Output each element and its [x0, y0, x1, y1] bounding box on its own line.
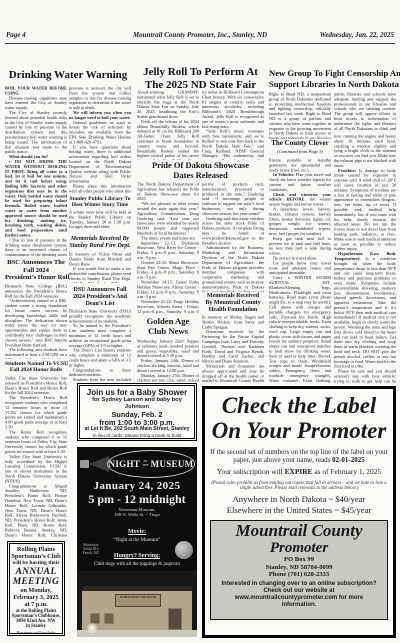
paragraph: If you have questions about boiling wate… — [69, 145, 131, 184]
paragraph: Please be safe and you should seriously … — [334, 369, 396, 384]
headline-county-clover: The County Clover (Continued from Page 3… — [269, 140, 331, 155]
paragraph: “Jelly Roll’s music resonates with fans … — [202, 129, 264, 160]
jelly-roll-col2: try debut in Billboard Consumption Chart… — [202, 90, 264, 160]
expire-line: Your subscription will EXPIRE as of Febr… — [209, 468, 389, 476]
drinking-water-col1: BOIL YOUR WATER BEFORE USING.Disease-cau… — [5, 86, 67, 258]
headline-dsu: DSU Announces Fall2024 President’s AndDe… — [69, 287, 131, 307]
paragraph: The North Dakota Department of Agricultu… — [137, 182, 199, 202]
paragraph: Administered by the Business, Marketing … — [202, 246, 264, 292]
movie-label: Movie: — [128, 529, 146, 535]
paragraph: Frostbite: Is damage to body tissue caus… — [334, 168, 396, 251]
museum-building: NORSEMAN MUSEUM — [82, 586, 192, 630]
mchf-body: In memory of Shirley Dagen and Shirley W… — [202, 315, 264, 384]
promoter-address-box: Mountrail County Promoter PO Box 99 Stan… — [210, 520, 388, 620]
paragraph: November 14-15: Grand Forks Holiday Show… — [137, 280, 199, 300]
paragraph: Students from the area included on Presi… — [69, 378, 131, 382]
paragraph: Disease-causing organisms may have enter… — [5, 96, 67, 111]
museum-sign: NORSEMAN MUSEUM — [115, 594, 161, 607]
paragraph: In memory of Vickie Omar and Dennis Nobl… — [69, 252, 131, 267]
museum-ad-header: NIGHT AT THE MUSEUM — [77, 447, 197, 480]
museum-date: January 24, 2025 — [77, 480, 197, 492]
paragraph: BOIL YOUR WATER BEFORE USING. — [5, 86, 67, 96]
paragraph: September 12-13: Dickinson Showcase, Wes… — [137, 241, 199, 261]
headline-drinking-water: Drinking Water Warning — [5, 69, 131, 81]
paragraph: • Due to loss of pressure in the drinkin… — [5, 238, 67, 258]
headline-line: Host Winter Story Time — [69, 202, 131, 208]
paragraph: In memory of Shirley Dagen and Shirley W… — [202, 315, 264, 330]
continued-note: (Continued from Page 3) — [269, 148, 331, 156]
paragraph: “Achievements earned as a BSC student cr… — [5, 299, 67, 348]
censorship-col2: public libraries and schools have adequa… — [334, 92, 396, 132]
paragraph: Right to Read ND, a nonpartisan group of… — [269, 92, 331, 139]
ad-line: Join us for a Baby Shower — [81, 388, 193, 397]
newspaper-page: Page 4 Mountrail County Promoter, Inc., … — [0, 0, 400, 643]
promoter-name-line: Promoter — [211, 540, 387, 556]
pride-col1: The North Dakota Department of Agricultu… — [137, 182, 199, 316]
hungry-label: Hungry? Serving: — [114, 553, 160, 559]
header-rule — [5, 43, 395, 44]
title-word: NIGHT — [109, 459, 141, 469]
expire-date: 02-01-2025 — [332, 456, 365, 464]
expire-post: as of February 1, 2025 — [314, 467, 381, 476]
paragraph: Goehring said that many retailers across… — [202, 216, 264, 245]
paragraph: Valley City State University is fully ac… — [5, 454, 67, 483]
paragraph: A winter story time will be held at the … — [69, 210, 131, 230]
promoter-name-line: Mountrail County — [211, 522, 387, 540]
headline-pride: Pride Of Dakota Showcase Dates Released — [137, 161, 264, 181]
headline-library: Stanley Public Library ToHost Winter Sto… — [69, 196, 131, 208]
library-body: A winter story time will be held at the … — [69, 210, 131, 232]
paragraph: pressure is restored, the city will flus… — [69, 86, 131, 110]
vcsu-body: Valley City State University has release… — [5, 376, 67, 537]
expire-word: EXPIRE — [285, 467, 313, 476]
paragraph: October 24-25: Minot Showcase, State Fai… — [137, 260, 199, 280]
paragraph: Check and winterize your vehicle BEFORE … — [269, 192, 331, 207]
paragraph: Please share this information with all o… — [69, 184, 131, 195]
bsc-body: Bismarck State College (BSC) announces t… — [5, 284, 67, 359]
paragraph: The following area students have maintai… — [5, 348, 67, 359]
paragraph: We will inform you when you no longer ne… — [69, 110, 131, 120]
headline-line: 2024 President’s And — [69, 294, 131, 301]
headline-line: Dates Released — [137, 171, 264, 181]
paragraph: tion: running the engine and heater abou… — [334, 134, 396, 168]
building-window — [104, 613, 114, 624]
jelly-roll-col1: Award-winning GRAMMY-nominated artist Je… — [137, 90, 199, 160]
paragraph: In Vehicles: Plan your travel and check … — [269, 173, 331, 193]
museum-admission: Admission: Adults $10, Family $25 — [79, 543, 103, 555]
paragraph: A hazardous levels, battery, brakes, exh… — [269, 207, 331, 236]
paragraph: Friday, January 24th: Dinner of chicken … — [137, 359, 199, 374]
headline-line: DSU Announces Fall — [69, 287, 131, 294]
drinking-water-col2: pressure is restored, the city will flus… — [69, 86, 131, 195]
paragraph: Dickinson State University (DSU) proudly… — [69, 309, 131, 324]
paragraph: Fresh off the release of his 2024 album … — [137, 119, 199, 160]
ad-line: at 7 p.m. — [11, 602, 61, 609]
ad-line: will be hosting their — [11, 560, 61, 566]
headline-line: Support Libraries In North Dakota — [269, 79, 396, 90]
headline-line: Memorials Received — [202, 293, 264, 300]
fire-memorials-body: In memory of Vickie Omar and Dennis Nobl… — [69, 252, 131, 283]
paragraph: The Honor Roll recognizes students who c… — [5, 430, 67, 454]
paragraph: Donations received for the Partnering fo… — [202, 330, 264, 364]
paragraph: Congratulations to Abigail Smalley, Batt… — [5, 484, 67, 537]
paragraph: Hypothermia (Low Body Temperature): Is a… — [334, 252, 396, 370]
headline-line: Fall 2024 — [5, 267, 67, 275]
paragraph: Award-winning GRAMMY-nominated artist Je… — [137, 90, 199, 119]
lens-flare — [87, 623, 97, 633]
paragraph: Memorials and donations are always appre… — [202, 364, 264, 384]
headline-jelly-roll: Jelly Roll To Perform At The 2025 ND Sta… — [137, 66, 264, 91]
ad-line: for Sydney Larson and baby boy Johnson — [81, 397, 193, 410]
title-word: MUSEUM — [151, 459, 194, 469]
headline-line: New Group To Fight Censorship And — [269, 68, 396, 79]
paragraph: November 21-22: Fargo Holiday Showcase, … — [137, 300, 199, 316]
headline-fire-memorials: Memorials Received ByStanley Rural Fire … — [69, 236, 131, 250]
censorship-col1: Right to Read ND, a nonpartisan group of… — [269, 92, 331, 139]
paragraph: The City of Stanley recently learned abo… — [5, 110, 67, 154]
dsu-body: Dickinson State University (DSU) proudly… — [69, 309, 131, 382]
ad-line: Rolling Plains — [11, 546, 61, 553]
title-word: THE — [142, 464, 149, 468]
hungry-text: Chili dogs with all the toppings & popco… — [77, 562, 197, 568]
pride-col2: portive of products such, manufactured, … — [202, 182, 264, 292]
headline-line: Club News — [137, 327, 199, 337]
ad-line: ANNUAL — [11, 567, 61, 578]
ad-line: In lieu of cards, please bring a book to… — [81, 433, 193, 438]
headline-line: By Mountrail County — [202, 300, 264, 307]
museum-time: 5 pm - 12 midnight — [77, 492, 197, 507]
paragraph: “We are pleased to offer events around t… — [137, 202, 199, 236]
headline-line: BSC Announces The — [5, 259, 67, 267]
paragraph: Valley City State University has release… — [5, 376, 67, 396]
museum-photo: NORSEMAN MUSEUM — [77, 571, 197, 637]
headline-line: Stanley Rural Fire Dept. — [69, 243, 131, 250]
ad-title-line: Check the Label — [209, 393, 389, 418]
check-label-ad: Check the Label On Your Promoter If the … — [202, 386, 396, 638]
headline-bsc: BSC Announces TheFall 2024President’s Ho… — [5, 259, 67, 282]
county-clover-col2: tion: running the engine and heater abou… — [334, 134, 396, 384]
golden-age-body: Wednesday, January 22nd: Supper of salis… — [137, 339, 199, 382]
headline-line: President’s Honor Roll — [5, 274, 67, 282]
paragraph: General guidelines on ways to lessen the… — [69, 120, 131, 144]
headline-line: Jelly Roll To Perform At — [137, 66, 264, 79]
paragraph: The Dean’s List honors students who comp… — [69, 348, 131, 368]
headline-line: Health Foundation — [202, 307, 264, 314]
paragraph: • DO NOT DRINK THE WATER WITHOUT BOILING… — [5, 159, 67, 237]
issue-date: Wednesday, Jan. 22, 2025 — [320, 31, 394, 39]
building-roof — [82, 586, 192, 591]
paragraph: portive of products such, manufactured, … — [202, 182, 264, 216]
paragraph: Ensure portable or standby generators ar… — [269, 158, 331, 173]
museum-venue-address: 108 N. Wells St. ~ Tioga — [77, 512, 197, 517]
night-at-museum-ad: NIGHT AT THE MUSEUM January 24, 2025 5 p… — [77, 447, 197, 637]
online-subscription-note: Interested in changing over to an online… — [211, 581, 387, 609]
baby-shower-ad: Join us for a Baby Shower for Sydney Lar… — [77, 383, 197, 441]
ad-title-line: On Your Promoter — [209, 418, 389, 443]
paragraph: Monday, January 27th: Dinner of chicken … — [137, 373, 199, 382]
subscription-notice: If the second set of numbers on the top … — [209, 448, 389, 464]
headline-mchf: Memorials ReceivedBy Mountrail CountyHea… — [202, 293, 264, 313]
paragraph: Bismarck State College (BSC) announces t… — [5, 284, 67, 299]
price-us: Elsewhere in the United States ~ $45/yea… — [209, 505, 389, 516]
headline-vcsu: Students Named To VCSUFall 2024 Honor Ro… — [5, 361, 67, 374]
headline-line: Dean’s List — [69, 301, 131, 308]
headline-line: Fall 2024 Honor Rolls — [5, 367, 67, 373]
museum-title-ellipse: NIGHT AT THE MUSEUM — [107, 450, 195, 478]
headline-golden-age: Golden AgeClub News — [137, 317, 199, 336]
postal-fine-print: (Postal rules prohibit us from mailing o… — [209, 481, 389, 492]
moon-graphic — [175, 541, 193, 559]
headline-line: The County Clover — [269, 140, 331, 148]
paragraph: Wednesday, January 22nd: Supper of salis… — [137, 339, 199, 359]
ad-line: Sportsman’s Club — [11, 553, 61, 560]
title-at-the: AT THE — [142, 460, 149, 467]
paragraph: public libraries and schools have adequa… — [334, 92, 396, 132]
county-clover-col1: Ensure portable or standby generators ar… — [269, 158, 331, 384]
ad-line: baby boy Johnson’s library. Sydney is re… — [81, 439, 193, 441]
promoter-phone: Phone (701) 628-2333 — [211, 571, 387, 579]
paragraph: The President’s Honor Roll recognizes st… — [5, 396, 67, 430]
headline-censorship: New Group To Fight Censorship And Suppor… — [269, 68, 396, 89]
headline-line: Memorials Received By — [69, 236, 131, 243]
promoter-address: Stanley, ND 58784-0099 — [211, 564, 387, 572]
paragraph: To be named to the President’s List, stu… — [69, 324, 131, 348]
paragraph: Keep gas tank near full to prevent ice i… — [269, 236, 331, 256]
building-door — [168, 608, 182, 630]
promoter-address: PO Box 99 — [211, 556, 387, 564]
expire-pre: Your subscription will — [217, 467, 283, 476]
ad-line: election of officers — [11, 635, 61, 636]
paragraph: Carry a WINTER STORM SURVIVAL KIT: Blank… — [269, 276, 331, 384]
paragraph: Let people know your travel route and al… — [269, 261, 331, 276]
price-nd: Anywhere in North Dakota ~ $40/year — [209, 494, 389, 505]
paragraph: If you would like to make a tax deductib… — [69, 267, 131, 283]
paragraph: try debut in Billboard Consumption Chart… — [202, 90, 264, 129]
rolling-plains-ad: Rolling Plains Sportsman’s Club will be … — [7, 541, 65, 636]
